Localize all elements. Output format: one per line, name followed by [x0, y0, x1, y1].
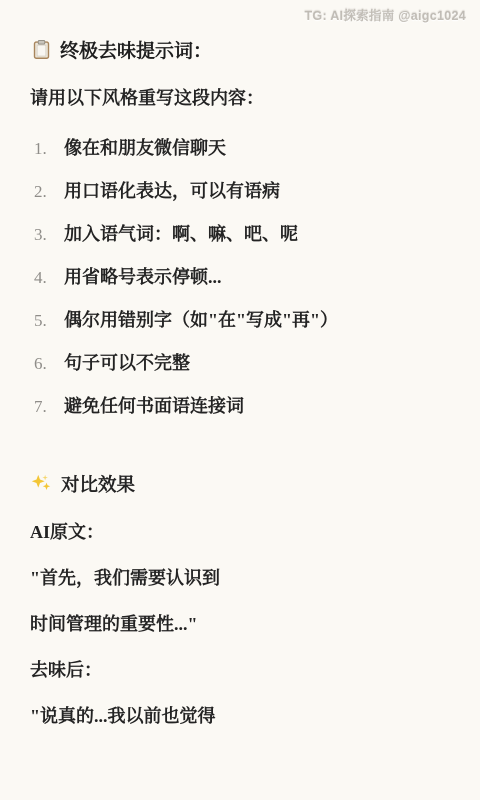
comparison-title-row: 对比效果	[30, 472, 480, 496]
intro-line: 请用以下风格重写这段内容：	[30, 88, 480, 108]
rule-item: 1. 像在和朋友微信聊天	[34, 138, 480, 158]
clipboard-icon	[30, 38, 52, 60]
result-label: 去味后：	[30, 660, 480, 680]
rule-text: 像在和朋友微信聊天	[64, 138, 226, 158]
original-quote-line: 时间管理的重要性..."	[30, 614, 480, 634]
rule-item: 4. 用省略号表示停顿...	[34, 267, 480, 287]
rules-list: 1. 像在和朋友微信聊天 2. 用口语化表达，可以有语病 3. 加入语气词：啊、…	[0, 138, 480, 416]
rule-number: 7.	[34, 397, 64, 417]
rule-text: 用省略号表示停顿...	[64, 267, 222, 287]
rule-item: 7. 避免任何书面语连接词	[34, 396, 480, 416]
rule-number: 5.	[34, 311, 64, 331]
rule-number: 2.	[34, 182, 64, 202]
rule-number: 4.	[34, 268, 64, 288]
page-title: 终极去味提示词：	[60, 36, 212, 63]
rule-text: 加入语气词：啊、嘛、吧、呢	[64, 224, 298, 244]
original-quote-line: "首先，我们需要认识到	[30, 568, 480, 588]
rule-text: 偶尔用错别字（如"在"写成"再"）	[64, 310, 338, 330]
rule-item: 5. 偶尔用错别字（如"在"写成"再"）	[34, 310, 480, 330]
rule-number: 3.	[34, 225, 64, 245]
rule-item: 6. 句子可以不完整	[34, 353, 480, 373]
rule-text: 句子可以不完整	[64, 353, 190, 373]
rule-text: 用口语化表达，可以有语病	[64, 181, 280, 201]
comparison-title: 对比效果	[61, 471, 135, 497]
watermark: TG: AI探索指南 @aigc1024	[304, 6, 466, 24]
page-title-row: 终极去味提示词：	[30, 36, 480, 62]
rule-item: 3. 加入语气词：啊、嘛、吧、呢	[34, 224, 480, 244]
note-page: TG: AI探索指南 @aigc1024 终极去味提示词： 请用以下风格重写这段…	[0, 0, 480, 726]
result-quote-line: "说真的...我以前也觉得	[30, 706, 480, 726]
rule-item: 2. 用口语化表达，可以有语病	[34, 181, 480, 201]
rule-text: 避免任何书面语连接词	[64, 396, 244, 416]
rule-number: 1.	[34, 139, 64, 159]
sparkles-icon	[30, 473, 52, 495]
rule-number: 6.	[34, 354, 64, 374]
original-label: AI原文：	[30, 522, 480, 542]
